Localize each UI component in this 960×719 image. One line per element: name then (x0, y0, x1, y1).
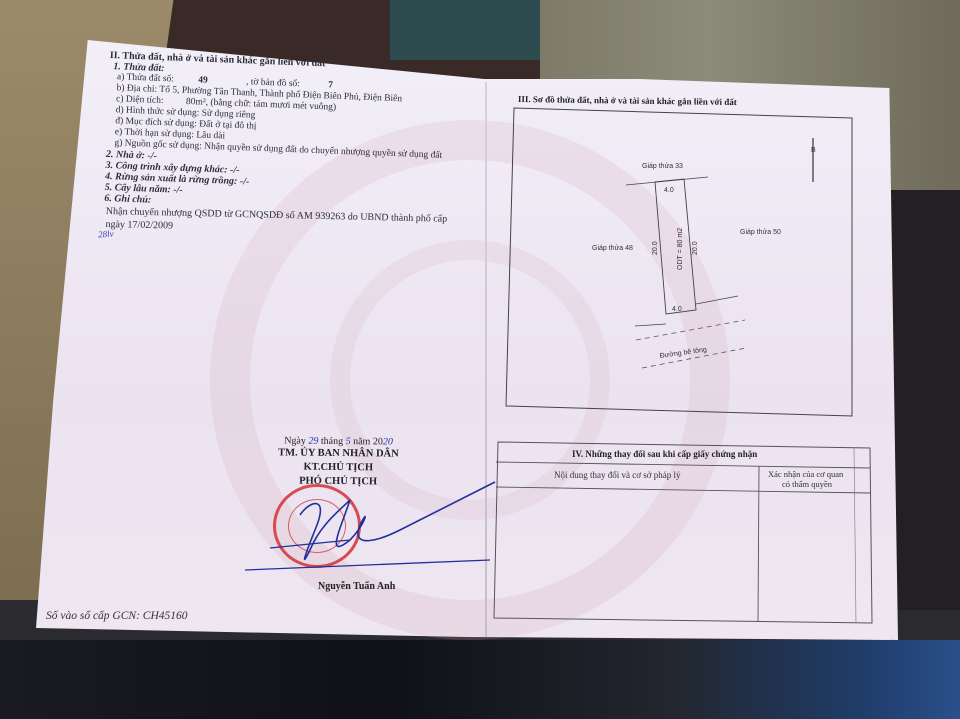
right-length-label: 20.0 (692, 241, 699, 255)
top-neighbor-label: Giáp thửa 33 (642, 162, 683, 170)
parcel-number: 49 (198, 75, 208, 85)
registry-number: Số vào sổ cấp GCN: CH45160 (46, 610, 188, 622)
term-value: Lâu dài (196, 130, 225, 141)
left-length-label: 20.0 (652, 241, 659, 255)
use-form-value: Sử dụng riêng (201, 109, 255, 121)
background-motorbike (0, 640, 960, 719)
handwritten-initials: 28lv (98, 228, 114, 239)
top-width-label: 4.0 (664, 187, 674, 194)
changes-col-confirm-1: Xác nhận của cơ quan (768, 469, 844, 479)
section-4-heading: IV. Những thay đổi sau khi cấp giấy chứn… (572, 449, 757, 459)
section-2-land-info: II. Thửa đất, nhà ở và tài sản khác gắn … (104, 50, 446, 217)
background-teal-surface (390, 0, 540, 60)
north-label: B (811, 147, 816, 154)
changes-col-content: Nội dung thay đổi và cơ sở pháp lý (554, 470, 681, 480)
bottom-width-label: 4.0 (672, 306, 682, 313)
parcel-area-label: ODT = 80 m2 (677, 228, 684, 270)
map-sheet-number: 7 (328, 80, 333, 90)
right-neighbor-label: Giáp thửa 50 (740, 228, 781, 236)
signer-name: Nguyễn Tuấn Anh (318, 581, 395, 592)
changes-col-confirm-2: có thẩm quyền (782, 479, 833, 489)
left-neighbor-label: Giáp thửa 48 (592, 244, 633, 252)
changes-table: IV. Những thay đổi sau khi cấp giấy chứn… (492, 440, 877, 625)
parcel-diagram: B Giáp thửa 33 4.0 4.0 Giáp thửa 48 Giáp… (500, 100, 860, 420)
handwritten-signature (240, 470, 500, 580)
road-label: Đường bê tông (659, 346, 707, 360)
org-title: TM. ỦY BAN NHÂN DÂN (278, 446, 399, 461)
